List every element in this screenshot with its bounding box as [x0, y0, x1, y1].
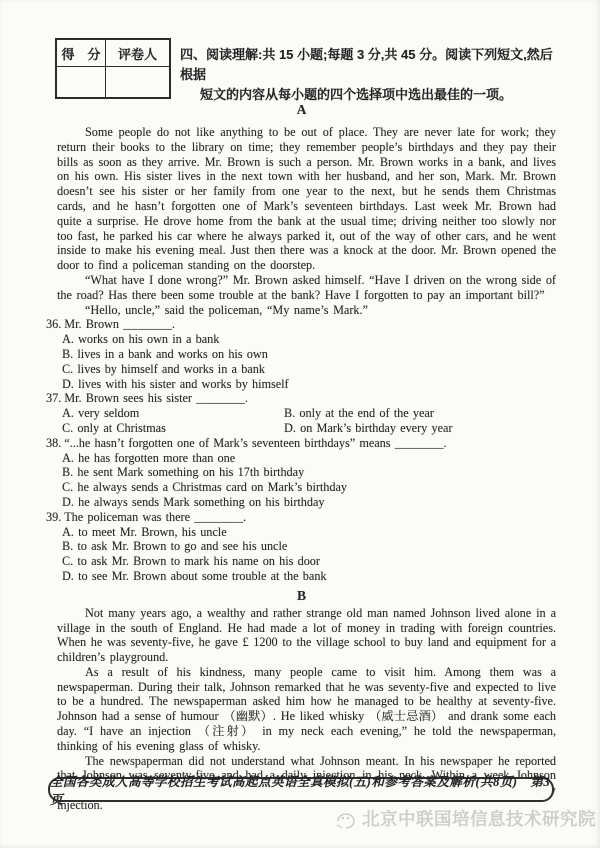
score-table-header-row: 得 分 评卷人 — [57, 40, 169, 66]
question-38-number: 38. — [46, 436, 61, 450]
instructions-line1: 四、阅读理解:共 15 小题;每题 3 分,共 45 分。阅读下列短文,然后根据 — [180, 45, 564, 85]
question-37-option-b: B. only at the end of the year — [284, 406, 558, 421]
question-36-text: Mr. Brown ________. — [64, 317, 175, 331]
question-36-option-a: A. works on his own in a bank — [62, 332, 558, 347]
question-36-option-c: C. lives by himself and works in a bank — [62, 362, 558, 377]
question-39-options: A. to meet Mr. Brown, his uncle B. to as… — [46, 525, 558, 584]
passage-a-paragraph-2: “What have I done wrong?” Mr. Brown aske… — [57, 273, 556, 303]
passage-b-paragraph-1: Not many years ago, a wealthy and rather… — [57, 606, 556, 665]
question-37: 37.Mr. Brown sees his sister ________. A… — [46, 391, 558, 435]
question-38-option-b: B. he sent Mark something on his 17th bi… — [62, 465, 558, 480]
watermark-text: 北京中联国培信息技术研究院 — [362, 806, 596, 831]
reading-content: A Some people do not like anything to be… — [46, 102, 558, 813]
question-39-option-b: B. to ask Mr. Brown to go and see his un… — [62, 539, 558, 554]
question-39-stem: 39.The policeman was there ________. — [46, 510, 558, 525]
question-36-number: 36. — [46, 317, 61, 331]
question-39-text: The policeman was there ________. — [64, 510, 246, 524]
question-39-number: 39. — [46, 510, 61, 524]
score-label: 得 分 — [57, 40, 106, 66]
question-37-number: 37. — [46, 391, 61, 405]
question-36-option-b: B. lives in a bank and works on his own — [62, 347, 558, 362]
question-38-stem: 38.“...he hasn’t forgotten one of Mark’s… — [46, 436, 558, 451]
question-39: 39.The policeman was there ________. A. … — [46, 510, 558, 584]
question-36-option-d: D. lives with his sister and works by hi… — [62, 377, 558, 392]
question-37-option-a: A. very seldom — [62, 406, 284, 421]
passage-a-title: A — [46, 102, 558, 117]
question-38-options: A. he has forgotten more than one B. he … — [46, 451, 558, 510]
question-38: 38.“...he hasn’t forgotten one of Mark’s… — [46, 436, 558, 510]
grader-label: 评卷人 — [106, 40, 169, 66]
question-37-option-d: D. on Mark’s birthday every year — [284, 421, 558, 436]
question-38-text: “...he hasn’t forgotten one of Mark’s se… — [64, 436, 446, 450]
score-table-value-row — [57, 66, 169, 97]
passage-b-title: B — [46, 588, 558, 603]
score-value-cell — [57, 67, 106, 97]
institute-logo-icon — [335, 809, 357, 829]
question-36-stem: 36.Mr. Brown ________. — [46, 317, 558, 332]
page-footer-text: 全国各类成人高等学校招生考试高起点英语全真模拟(五)和参考答案及解析(共8页) … — [50, 772, 552, 808]
grader-value-cell — [106, 67, 169, 97]
section-instructions: 四、阅读理解:共 15 小题;每题 3 分,共 45 分。阅读下列短文,然后根据… — [180, 45, 564, 105]
question-37-options: A. very seldom B. only at the end of the… — [46, 406, 558, 436]
passage-a-paragraph-1: Some people do not like anything to be o… — [57, 125, 556, 273]
question-38-option-d: D. he always sends Mark something on his… — [62, 495, 558, 510]
question-39-option-c: C. to ask Mr. Brown to mark his name on … — [62, 554, 558, 569]
question-37-stem: 37.Mr. Brown sees his sister ________. — [46, 391, 558, 406]
question-38-option-a: A. he has forgotten more than one — [62, 451, 558, 466]
page-footer: 全国各类成人高等学校招生考试高起点英语全真模拟(五)和参考答案及解析(共8页) … — [48, 777, 554, 802]
question-37-option-c: C. only at Christmas — [62, 421, 284, 436]
question-36: 36.Mr. Brown ________. A. works on his o… — [46, 317, 558, 391]
score-table: 得 分 评卷人 — [55, 38, 171, 99]
passage-b-paragraph-2: As a result of his kindness, many people… — [57, 665, 556, 754]
watermark: 北京中联国培信息技术研究院 — [335, 806, 596, 831]
question-38-option-c: C. he always sends a Christmas card on M… — [62, 480, 558, 495]
passage-a-paragraph-3: “Hello, uncle,” said the policeman, “My … — [57, 303, 556, 318]
scanned-exam-page: 得 分 评卷人 四、阅读理解:共 15 小题;每题 3 分,共 45 分。阅读下… — [0, 0, 600, 848]
question-39-option-a: A. to meet Mr. Brown, his uncle — [62, 525, 558, 540]
question-37-text: Mr. Brown sees his sister ________. — [64, 391, 248, 405]
question-39-option-d: D. to see Mr. Brown about some trouble a… — [62, 569, 558, 584]
question-36-options: A. works on his own in a bank B. lives i… — [46, 332, 558, 391]
